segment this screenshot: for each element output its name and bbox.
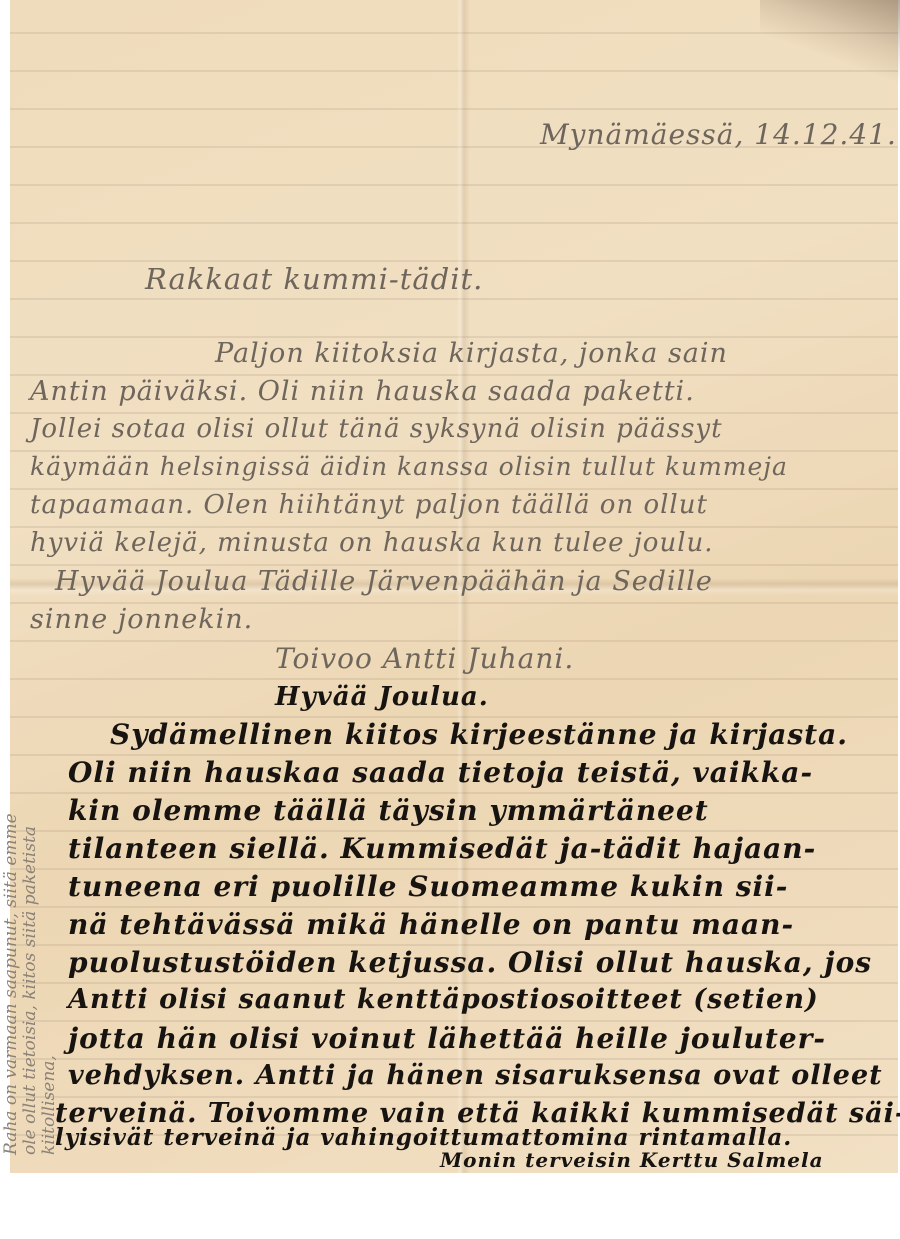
child-signature: Toivoo Antti Juhani. [275, 642, 574, 675]
adult-line: Sydämellinen kiitos kirjeestänne ja kirj… [110, 718, 848, 751]
adult-line: vehdyksen. Antti ja hänen sisaruksensa o… [68, 1060, 883, 1091]
adult-signature: Monin terveisin Kerttu Salmela [440, 1148, 824, 1172]
place-date: Mynämäessä, 14.12.41. [540, 118, 897, 151]
scan-edge-shadow [760, 0, 900, 90]
adult-line: tuneena eri puolille Suomeamme kukin sii… [68, 870, 788, 903]
child-line: tapaamaan. Olen hiihtänyt paljon täällä … [30, 490, 708, 520]
adult-line: Antti olisi saanut kenttäpostiosoitteet … [68, 984, 819, 1015]
child-line: Hyvää Joulua Tädille Järvenpäähän ja Sed… [55, 566, 713, 597]
margin-note: Raha on varmaan saapunut, siitä emme ole… [2, 665, 62, 1155]
adult-line: tilanteen siellä. Kummisedät ja-tädit ha… [68, 832, 816, 865]
margin-note-line: ole ollut tietoisia, kiitos siitä paketi… [21, 665, 40, 1155]
adult-line: jotta hän olisi voinut lähettää heille j… [68, 1022, 826, 1055]
greeting: Hyvää Joulua. [275, 682, 489, 712]
adult-line: Oli niin hauskaa saada tietoja teistä, v… [68, 756, 813, 789]
child-line: hyviä kelejä, minusta on hauska kun tule… [30, 528, 714, 558]
child-line: Paljon kiitoksia kirjasta, jonka sain [215, 338, 728, 369]
child-line: sinne jonnekin. [30, 604, 253, 635]
adult-line: lyisivät terveinä ja vahingoittumattomin… [55, 1124, 792, 1151]
salutation: Rakkaat kummi-tädit. [145, 262, 483, 296]
child-line: Jollei sotaa olisi ollut tänä syksynä ol… [30, 414, 723, 444]
adult-line: puolustustöiden ketjussa. Olisi ollut ha… [68, 946, 872, 979]
adult-line: nä tehtävässä mikä hänelle on pantu maan… [68, 908, 794, 941]
margin-note-line: kiitollisena, [40, 665, 59, 1155]
child-line: käymään helsingissä äidin kanssa olisin … [30, 452, 788, 481]
adult-line: kin olemme täällä täysin ymmärtäneet [68, 794, 709, 827]
child-line: Antin päiväksi. Oli niin hauska saada pa… [30, 376, 695, 407]
margin-note-line: Raha on varmaan saapunut, siitä emme [2, 665, 21, 1155]
